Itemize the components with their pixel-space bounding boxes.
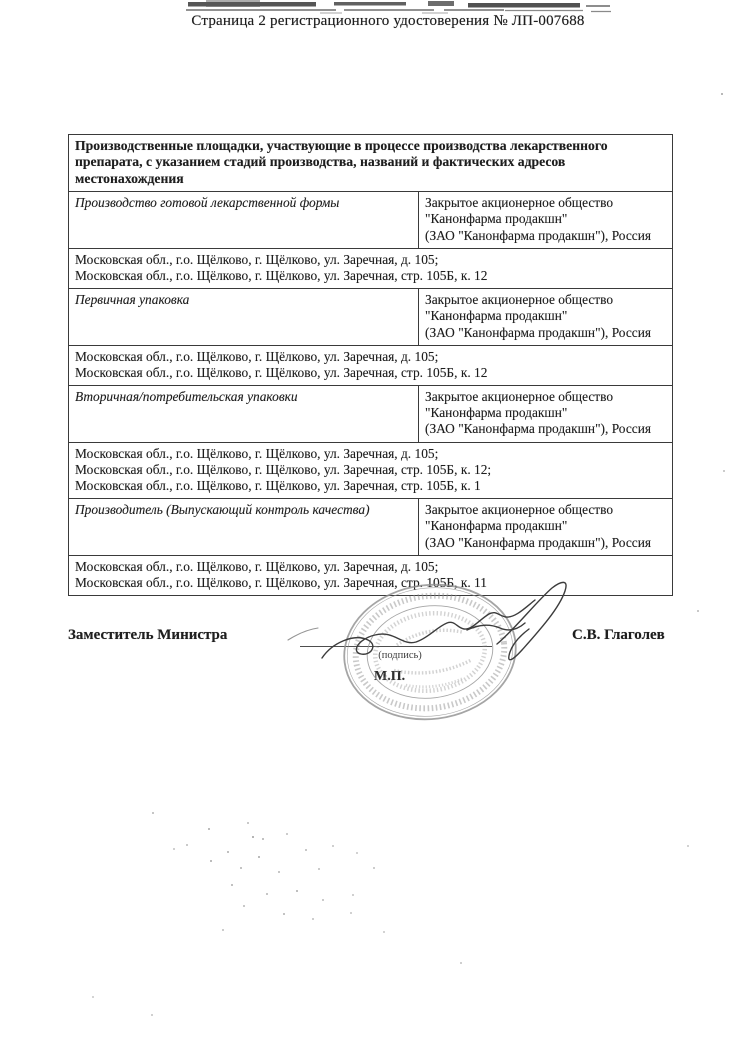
producer-cell: Закрытое акционерное общество "Канонфарм… bbox=[419, 192, 673, 249]
table-row: Московская обл., г.о. Щёлково, г. Щёлков… bbox=[69, 442, 673, 498]
table-row: Московская обл., г.о. Щёлково, г. Щёлков… bbox=[69, 345, 673, 385]
signatory-role: Заместитель Министра bbox=[68, 627, 227, 644]
table-title: Производственные площадки, участвующие в… bbox=[69, 135, 673, 192]
production-sites-table: Производственные площадки, участвующие в… bbox=[68, 134, 673, 596]
scan-noise-dots bbox=[0, 0, 2, 2]
table-row: Первичная упаковка Закрытое акционерное … bbox=[69, 288, 673, 345]
table-row: Производство готовой лекарственной формы… bbox=[69, 192, 673, 249]
page-title: Страница 2 регистрационного удостоверени… bbox=[0, 13, 730, 30]
producer-cell: Закрытое акционерное общество "Канонфарм… bbox=[419, 498, 673, 555]
stage-cell-quality-control: Производитель (Выпускающий контроль каче… bbox=[69, 498, 419, 555]
address-cell: Московская обл., г.о. Щёлково, г. Щёлков… bbox=[69, 442, 673, 498]
stage-cell-secondary-packaging: Вторичная/потребительская упаковки bbox=[69, 385, 419, 442]
address-cell: Московская обл., г.о. Щёлково, г. Щёлков… bbox=[69, 345, 673, 385]
stage-cell-primary-packaging: Первичная упаковка bbox=[69, 288, 419, 345]
table-row: Производитель (Выпускающий контроль каче… bbox=[69, 498, 673, 555]
table-row: Московская обл., г.о. Щёлково, г. Щёлков… bbox=[69, 249, 673, 289]
producer-cell: Закрытое акционерное общество "Канонфарм… bbox=[419, 385, 673, 442]
stage-cell-finished-form: Производство готовой лекарственной формы bbox=[69, 192, 419, 249]
producer-cell: Закрытое акционерное общество "Канонфарм… bbox=[419, 288, 673, 345]
stamp-and-signature-overlay bbox=[235, 552, 695, 752]
round-stamp-icon bbox=[336, 575, 523, 729]
scanned-document-page: { "page": { "header": "Страница 2 регист… bbox=[0, 0, 730, 1049]
table-header-row: Производственные площадки, участвующие в… bbox=[69, 135, 673, 192]
table-row: Вторичная/потребительская упаковки Закры… bbox=[69, 385, 673, 442]
address-cell: Московская обл., г.о. Щёлково, г. Щёлков… bbox=[69, 249, 673, 289]
